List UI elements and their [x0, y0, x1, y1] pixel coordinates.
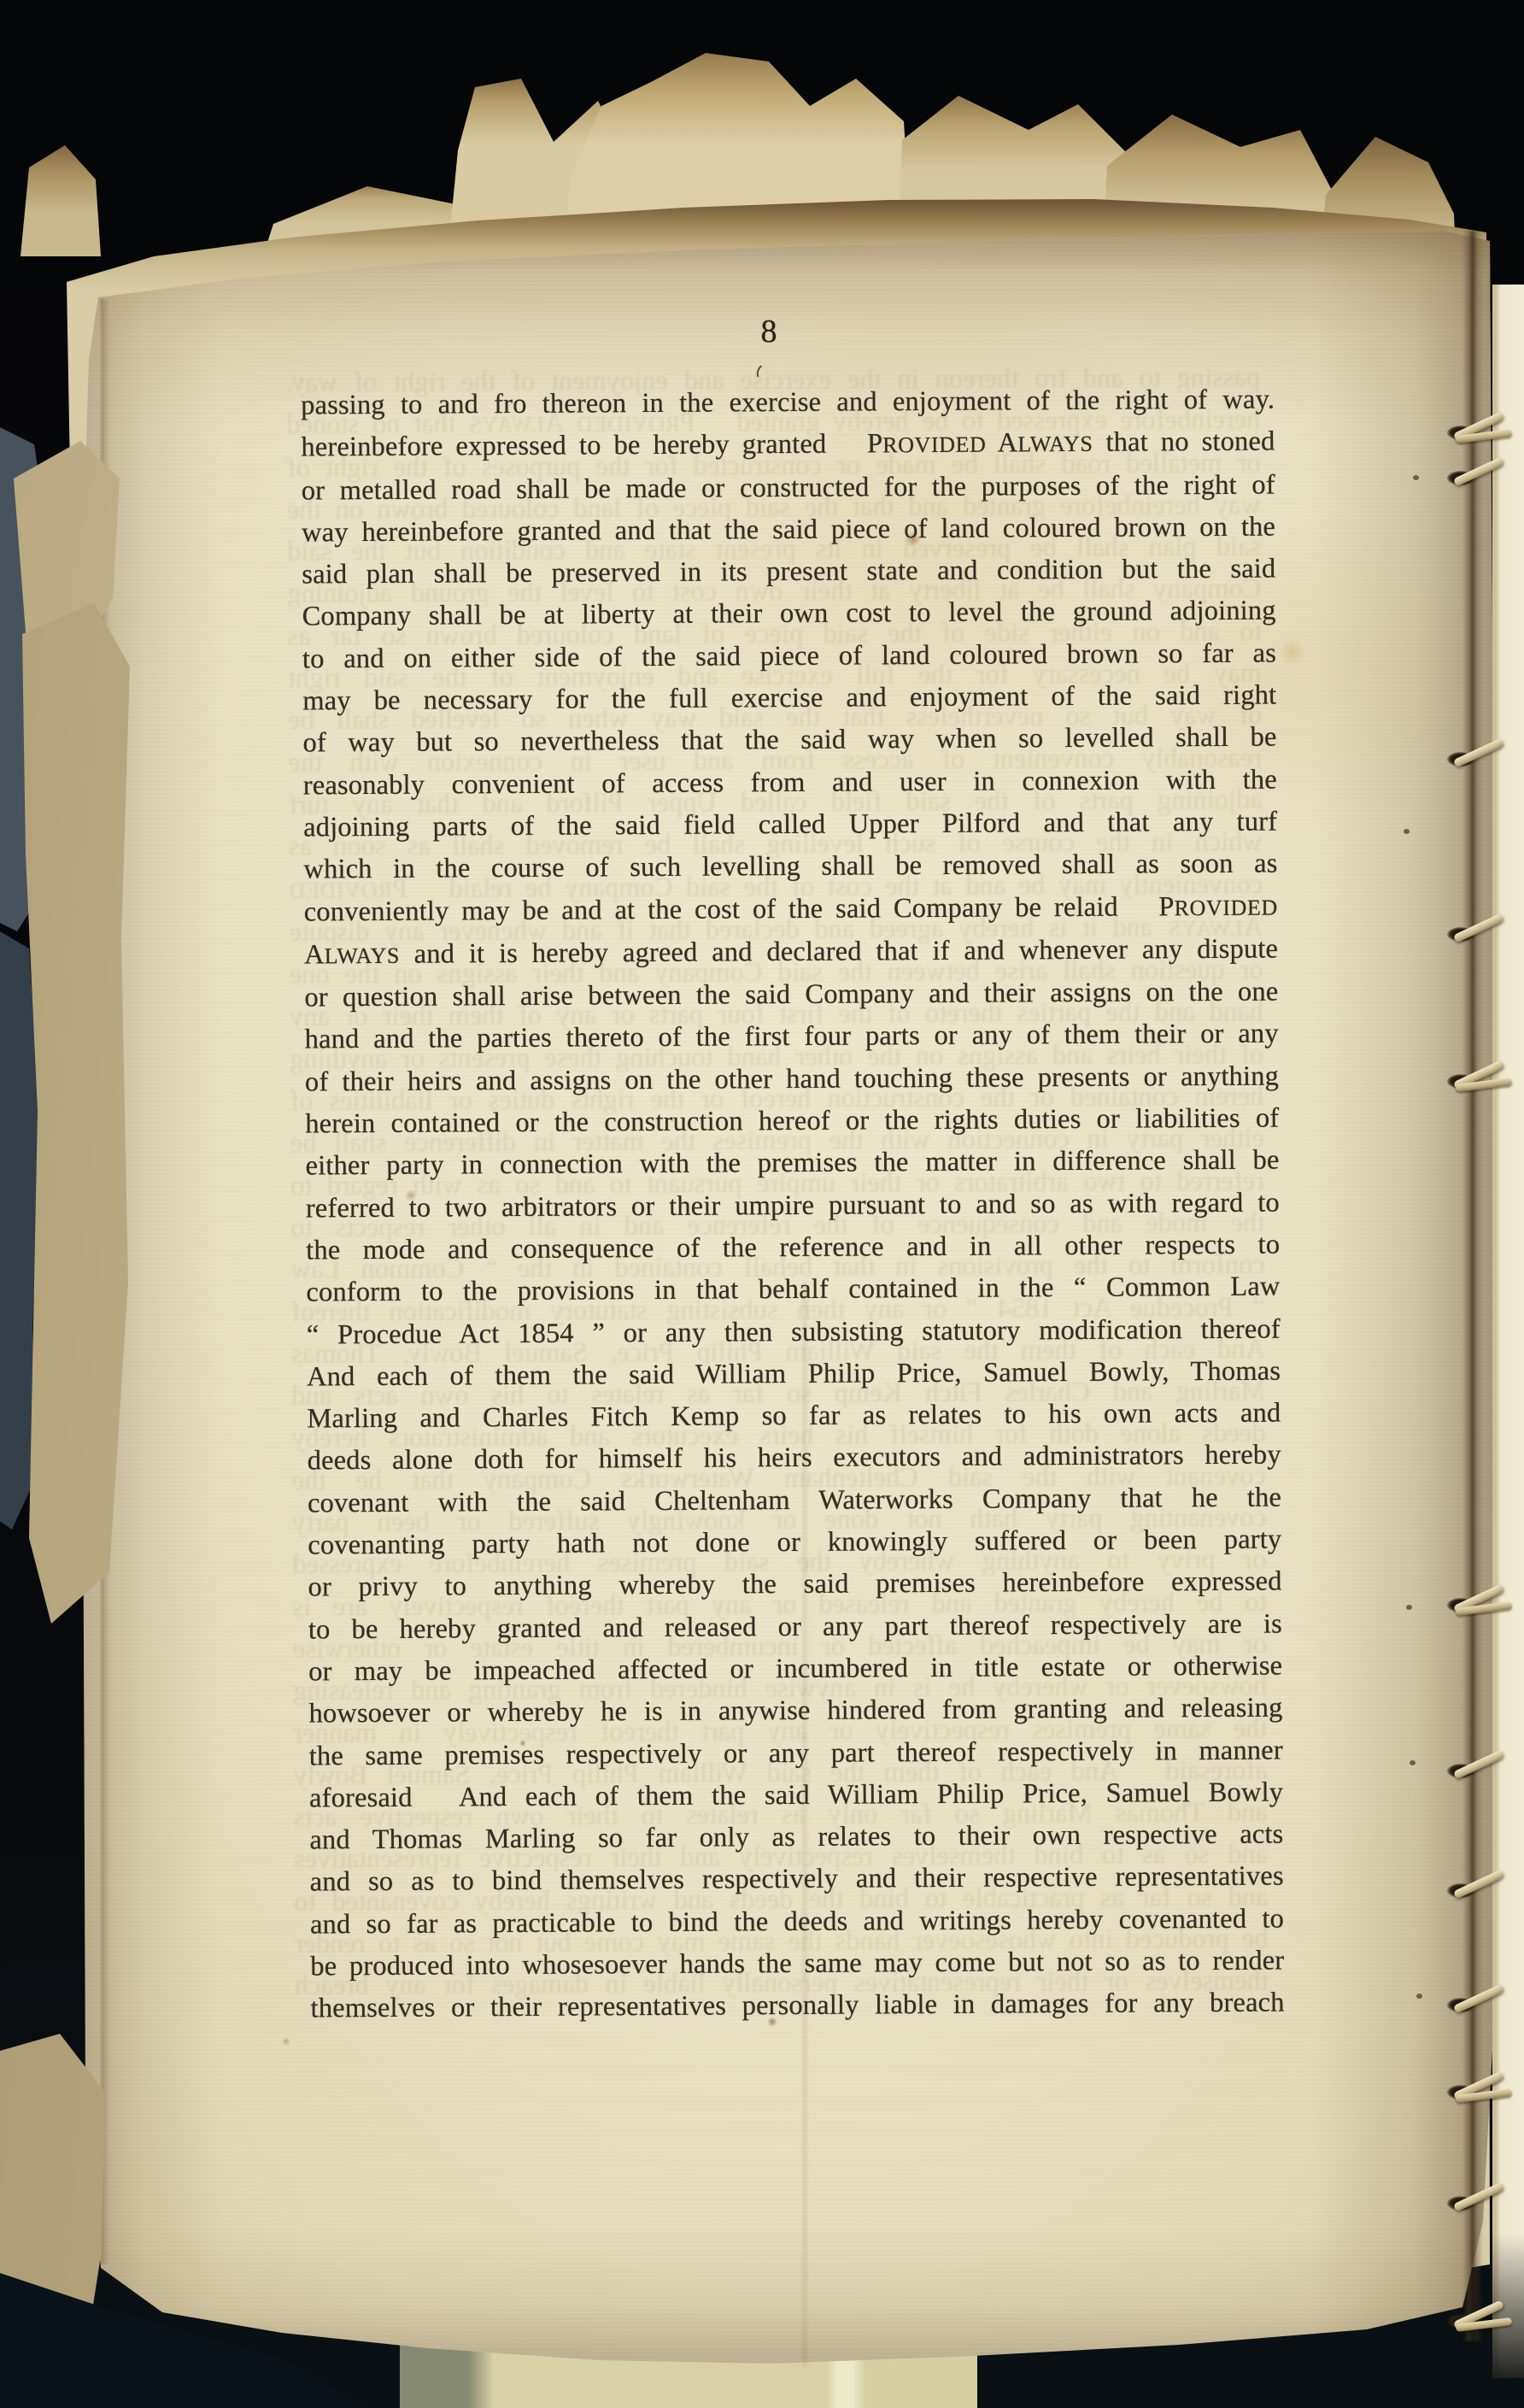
text-line: the same premises respectively or any pa…: [309, 1730, 1283, 1777]
paper-speck: [1406, 1605, 1412, 1610]
text-line: to be hereby granted and released or any…: [308, 1603, 1282, 1651]
text-line: of way but so nevertheless that the said…: [302, 717, 1276, 765]
text-line: covenanting party hath not done or knowi…: [308, 1519, 1281, 1567]
text-line: which in the course of such levelling sh…: [303, 843, 1277, 891]
binding-stitch: [1437, 2307, 1519, 2335]
text-line: or privy to anything whereby the said pr…: [308, 1561, 1281, 1609]
text-line: and so far as practicable to bind the de…: [310, 1898, 1284, 1946]
text-line: “ Procedue Act 1854 ” or any then subsis…: [307, 1308, 1281, 1356]
binding-stitch: [1437, 1067, 1519, 1095]
text-line: hereinbefore expressed to be hereby gran…: [301, 421, 1275, 470]
binding-stitch: [1437, 464, 1519, 491]
binding-stitch: [1437, 1757, 1519, 1784]
binding-stitch: [1437, 2189, 1519, 2217]
text-line: the mode and consequence of the referenc…: [306, 1224, 1280, 1272]
page-number: 8: [700, 313, 837, 350]
text-line: or question shall arise between the said…: [304, 972, 1278, 1019]
text-line: way hereinbefore granted and that the sa…: [302, 506, 1275, 554]
binding-stitch: [1437, 1591, 1519, 1618]
text-line: conveniently may be and at the cost of t…: [304, 885, 1278, 934]
paper-speck: [1404, 829, 1410, 834]
binding-stitch: [1437, 920, 1519, 948]
paper-stain: [282, 2037, 290, 2046]
paper-speck: [1416, 1994, 1422, 1999]
text-line: to and on either side of the said piece …: [302, 632, 1276, 680]
text-line: covenant with the said Cheltenham Waterw…: [308, 1477, 1281, 1524]
paper-speck: [1410, 1760, 1416, 1765]
text-block: passing to and fro thereon in the exerci…: [301, 379, 1285, 2031]
text-line: or metalled road shall be made or constr…: [302, 464, 1275, 512]
text-line: Marling and Charles Fitch Kemp so far as…: [307, 1393, 1281, 1441]
text-line: be produced into whosesoever hands the s…: [310, 1940, 1284, 1988]
binding-stitch: [1437, 1876, 1519, 1904]
text-line: deeds alone doth for himself his heirs e…: [308, 1435, 1281, 1483]
text-line: aforesaid And each of them the said Will…: [309, 1771, 1283, 1819]
binding-stitch: [1437, 2078, 1519, 2106]
scanned-book-page: passing to and fro thereon in the exerci…: [0, 0, 1524, 2408]
text-line: reasonably convenient of access from and…: [303, 759, 1277, 807]
text-line: adjoining parts of the said field called…: [303, 801, 1277, 849]
text-line: and so as to bind themselves respectivel…: [310, 1856, 1284, 1904]
text-line: conform to the provisions in that behalf…: [306, 1266, 1280, 1314]
binding-stitch: [1437, 745, 1519, 772]
text-line: either party in connection with the prem…: [305, 1140, 1279, 1188]
binding-stitch: [1437, 1991, 1519, 2018]
text-line: herein contained or the construction her…: [305, 1098, 1279, 1146]
text-line: ALWAYS and it is hereby agreed and decla…: [304, 928, 1278, 977]
text-line: howsoever or whereby he is in anywise hi…: [308, 1688, 1282, 1736]
next-page-edge: [1492, 285, 1524, 2378]
text-line: passing to and fro thereon in the exerci…: [301, 379, 1275, 427]
text-line: And each of them the said William Philip…: [307, 1350, 1281, 1398]
text-line: themselves or their representatives pers…: [310, 1982, 1284, 2030]
text-line: Company shall be at liberty at their own…: [302, 590, 1276, 638]
text-line: and Thomas Marling so far only as relate…: [309, 1814, 1283, 1862]
text-line: or may be impeached affected or incumber…: [308, 1645, 1282, 1693]
paper-speck: [1413, 475, 1419, 480]
binding-stitch: [1437, 419, 1519, 446]
paper-stain: [1278, 639, 1307, 665]
text-line: of their heirs and assigns on the other …: [305, 1055, 1279, 1103]
text-line: hand and the parties thereto of the firs…: [305, 1013, 1279, 1061]
text-line: referred to two arbitrators or their ump…: [306, 1182, 1280, 1230]
text-line: may be necessary for the full exercise a…: [302, 675, 1276, 723]
text-line: said plan shall be preserved in its pres…: [302, 549, 1275, 596]
binding-gutter: [1462, 231, 1483, 2341]
